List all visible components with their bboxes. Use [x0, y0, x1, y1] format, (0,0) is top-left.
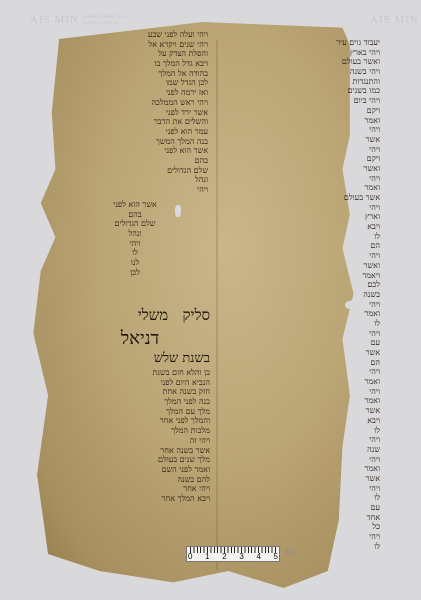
parchment-hole [42, 230, 52, 236]
right-text-column: יעבוד גוים עירויהי בארץואשר בעולםויהי בש… [318, 38, 380, 558]
left-text-column-tapering: אשר הוא לפניבהםשלם הגדוליםונהלויהילולנול… [100, 200, 170, 300]
ruler-labels: 012345 [188, 552, 278, 561]
left-text-column-lower: בן והלא חום בשנתהנביא היום לפניחזק בשנה … [55, 368, 210, 548]
parchment-hole [175, 205, 181, 217]
watermark-logo: AIS MIN [370, 15, 419, 25]
watermark-top-left: AIS MIN Ardeshir Manuscripts Digital Col… [30, 15, 127, 27]
fold-line [216, 40, 218, 570]
heading-first-line: בשנת שלש [80, 350, 210, 366]
left-text-column: ויהי ועלה לפני שבעויהי שנים ויקרא אלוהפל… [68, 30, 208, 200]
heading-book-title: דניאל [90, 328, 190, 349]
scale-ruler: 012345 [186, 546, 280, 562]
watermark-top-right: AIS MIN [370, 15, 419, 25]
folio-number: 40 [284, 547, 294, 557]
watermark-logo: AIS MIN [30, 15, 79, 25]
heading-book-end: סליק משלי [60, 306, 210, 325]
watermark-text: Ardeshir Manuscripts Digital Collection [83, 15, 127, 27]
